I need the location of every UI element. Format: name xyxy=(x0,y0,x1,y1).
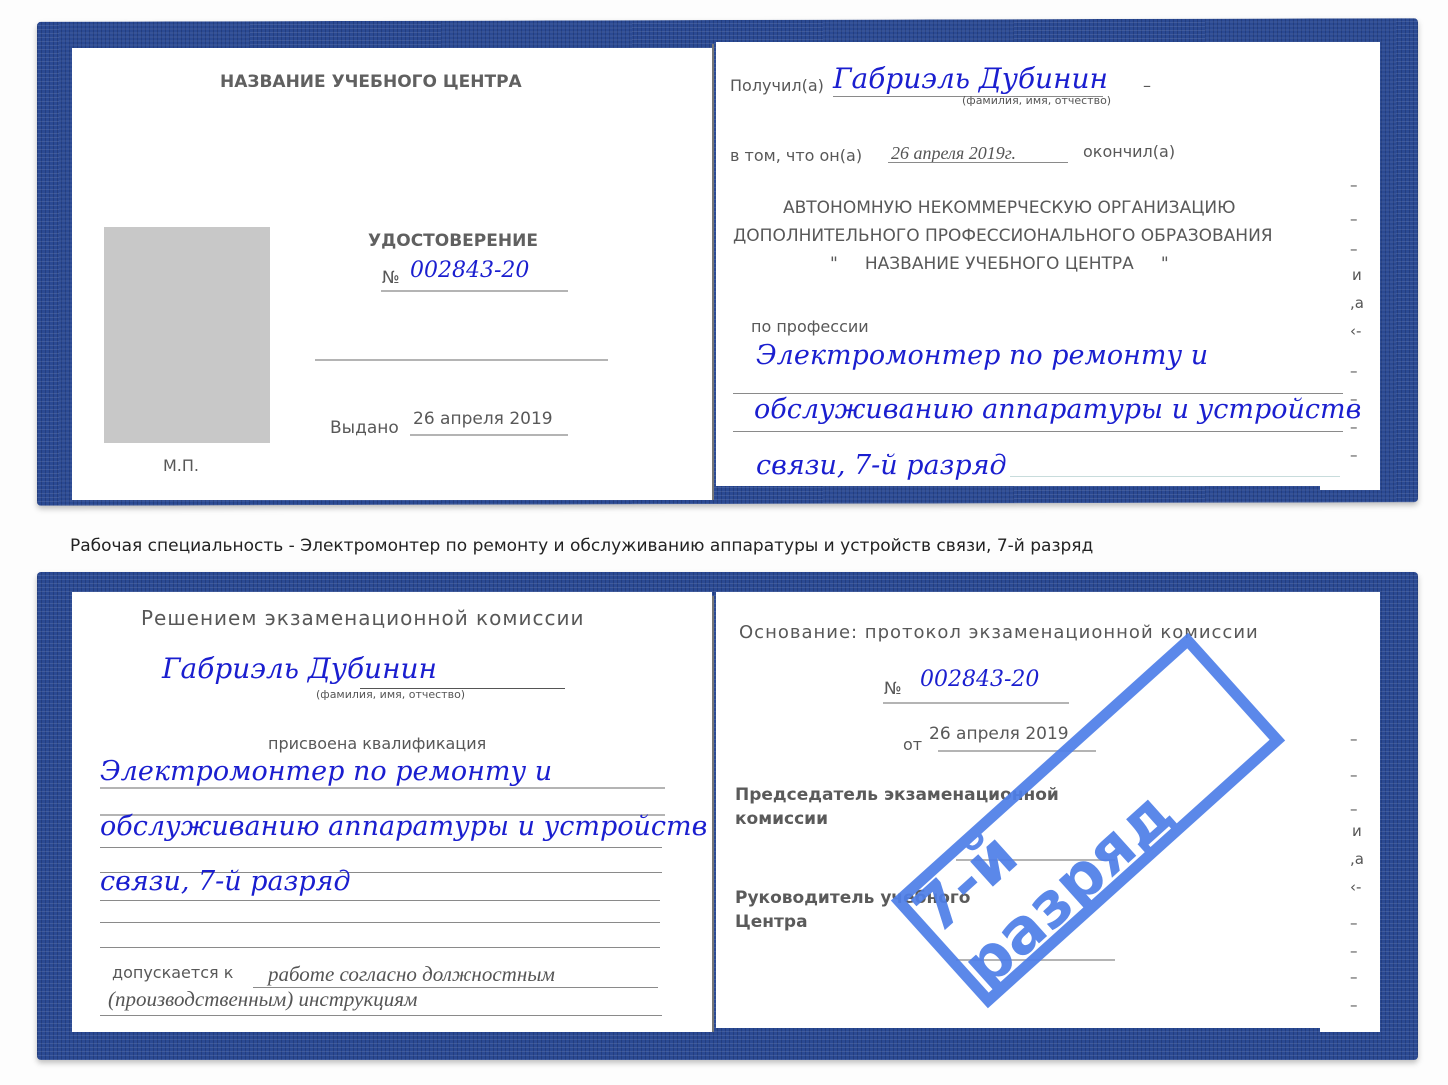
edge-mark: – xyxy=(1350,800,1358,818)
photo-placeholder xyxy=(104,227,270,443)
edge-mark: – xyxy=(1350,176,1358,194)
qualification-underline-3 xyxy=(100,847,662,848)
number-underline xyxy=(381,290,568,292)
dash-mark: – xyxy=(1143,76,1151,95)
profession-line-2: обслуживанию аппаратуры и устройств xyxy=(754,394,1361,425)
stamp-place-label: М.П. xyxy=(163,456,199,475)
name-hint: (фамилия, имя, отчество) xyxy=(962,94,1111,107)
edge-mark: – xyxy=(1350,766,1358,784)
edge-mark: ‹- xyxy=(1350,878,1361,896)
protocol-date: 26 апреля 2019 xyxy=(929,724,1069,744)
edge-mark: – xyxy=(1350,914,1358,932)
issued-label: Выдано xyxy=(330,418,399,438)
top-spine xyxy=(712,44,714,500)
edge-mark: и xyxy=(1352,822,1362,840)
edge-mark: ,а xyxy=(1350,850,1364,868)
from-label: от xyxy=(903,735,922,754)
qualification-label: присвоена квалификация xyxy=(268,734,486,753)
name-hint-bottom: (фамилия, имя, отчество) xyxy=(316,688,465,701)
certificate-number-label: № xyxy=(382,268,400,288)
qualification-line-1: Электромонтер по ремонту и xyxy=(100,756,552,787)
issued-underline xyxy=(410,434,568,436)
org-line-2: ДОПОЛНИТЕЛЬНОГО ПРОФЕССИОНАЛЬНОГО ОБРАЗО… xyxy=(733,226,1273,246)
completion-date: 26 апреля 2019г. xyxy=(891,143,1016,164)
edge-mark: ,а xyxy=(1350,294,1364,312)
edge-mark: и xyxy=(1352,266,1362,284)
completion-underline xyxy=(888,162,1068,163)
edge-mark: – xyxy=(1350,730,1358,748)
specialty-caption: Рабочая специальность - Электромонтер по… xyxy=(70,534,1170,559)
edge-mark: – xyxy=(1350,446,1358,464)
bottom-spine xyxy=(712,596,714,1032)
received-label: Получил(а) xyxy=(730,76,824,95)
certificate-title: УДОСТОВЕРЕНИЕ xyxy=(368,231,538,251)
recipient-name: Габриэль Дубинин xyxy=(833,62,1108,95)
decision-title: Решением экзаменационной комиссии xyxy=(141,606,584,630)
edge-mark: – xyxy=(1350,942,1358,960)
chairman-label-2: комиссии xyxy=(735,809,828,829)
profession-underline-3 xyxy=(1010,476,1340,477)
edge-mark: – xyxy=(1350,362,1358,380)
profession-underline-2 xyxy=(733,431,1343,432)
qualification-underline-7 xyxy=(100,947,660,948)
org-line-1: АВТОНОМНУЮ НЕКОММЕРЧЕСКУЮ ОРГАНИЗАЦИЮ xyxy=(783,198,1235,218)
edge-mark: – xyxy=(1350,390,1358,408)
recipient-name-bottom: Габриэль Дубинин xyxy=(162,652,437,685)
completed-label: окончил(а) xyxy=(1083,142,1175,161)
admitted-label: допускается к xyxy=(112,963,233,982)
protocol-number-label: № xyxy=(884,679,902,699)
head-label-2: Центра xyxy=(735,912,808,932)
qualification-underline-5 xyxy=(100,900,660,901)
profession-label: по профессии xyxy=(751,317,869,336)
training-center-name: НАЗВАНИЕ УЧЕБНОГО ЦЕНТРА xyxy=(220,72,522,92)
qualification-line-3: связи, 7-й разряд xyxy=(100,866,351,897)
profession-line-1: Электромонтер по ремонту и xyxy=(756,340,1208,371)
admitted-underline-2 xyxy=(100,1015,662,1016)
edge-mark: – xyxy=(1350,240,1358,258)
org-line-3: " НАЗВАНИЕ УЧЕБНОГО ЦЕНТРА " xyxy=(830,254,1169,274)
qualification-underline-6 xyxy=(100,922,660,923)
qualification-underline-1 xyxy=(100,787,665,789)
qualification-line-2: обслуживанию аппаратуры и устройств xyxy=(100,811,707,842)
that-label: в том, что он(а) xyxy=(730,146,862,165)
certificate-number-value: 002843-20 xyxy=(410,258,529,283)
top-right-page-tab xyxy=(1320,470,1380,490)
edge-mark: ‹- xyxy=(1350,322,1361,340)
profession-line-3: связи, 7-й разряд xyxy=(756,450,1007,481)
edge-mark: – xyxy=(1350,996,1358,1014)
admitted-line-2: (производственным) инструкциям xyxy=(108,987,417,1012)
edge-mark: – xyxy=(1350,968,1358,986)
edge-mark: – xyxy=(1350,418,1358,436)
protocol-number-underline xyxy=(883,702,1069,704)
issued-date: 26 апреля 2019 xyxy=(413,409,553,429)
protocol-number-value: 002843-20 xyxy=(920,667,1039,692)
blank-underline xyxy=(315,359,608,361)
edge-mark: – xyxy=(1350,210,1358,228)
admitted-line-1: работе согласно должностным xyxy=(268,962,555,987)
